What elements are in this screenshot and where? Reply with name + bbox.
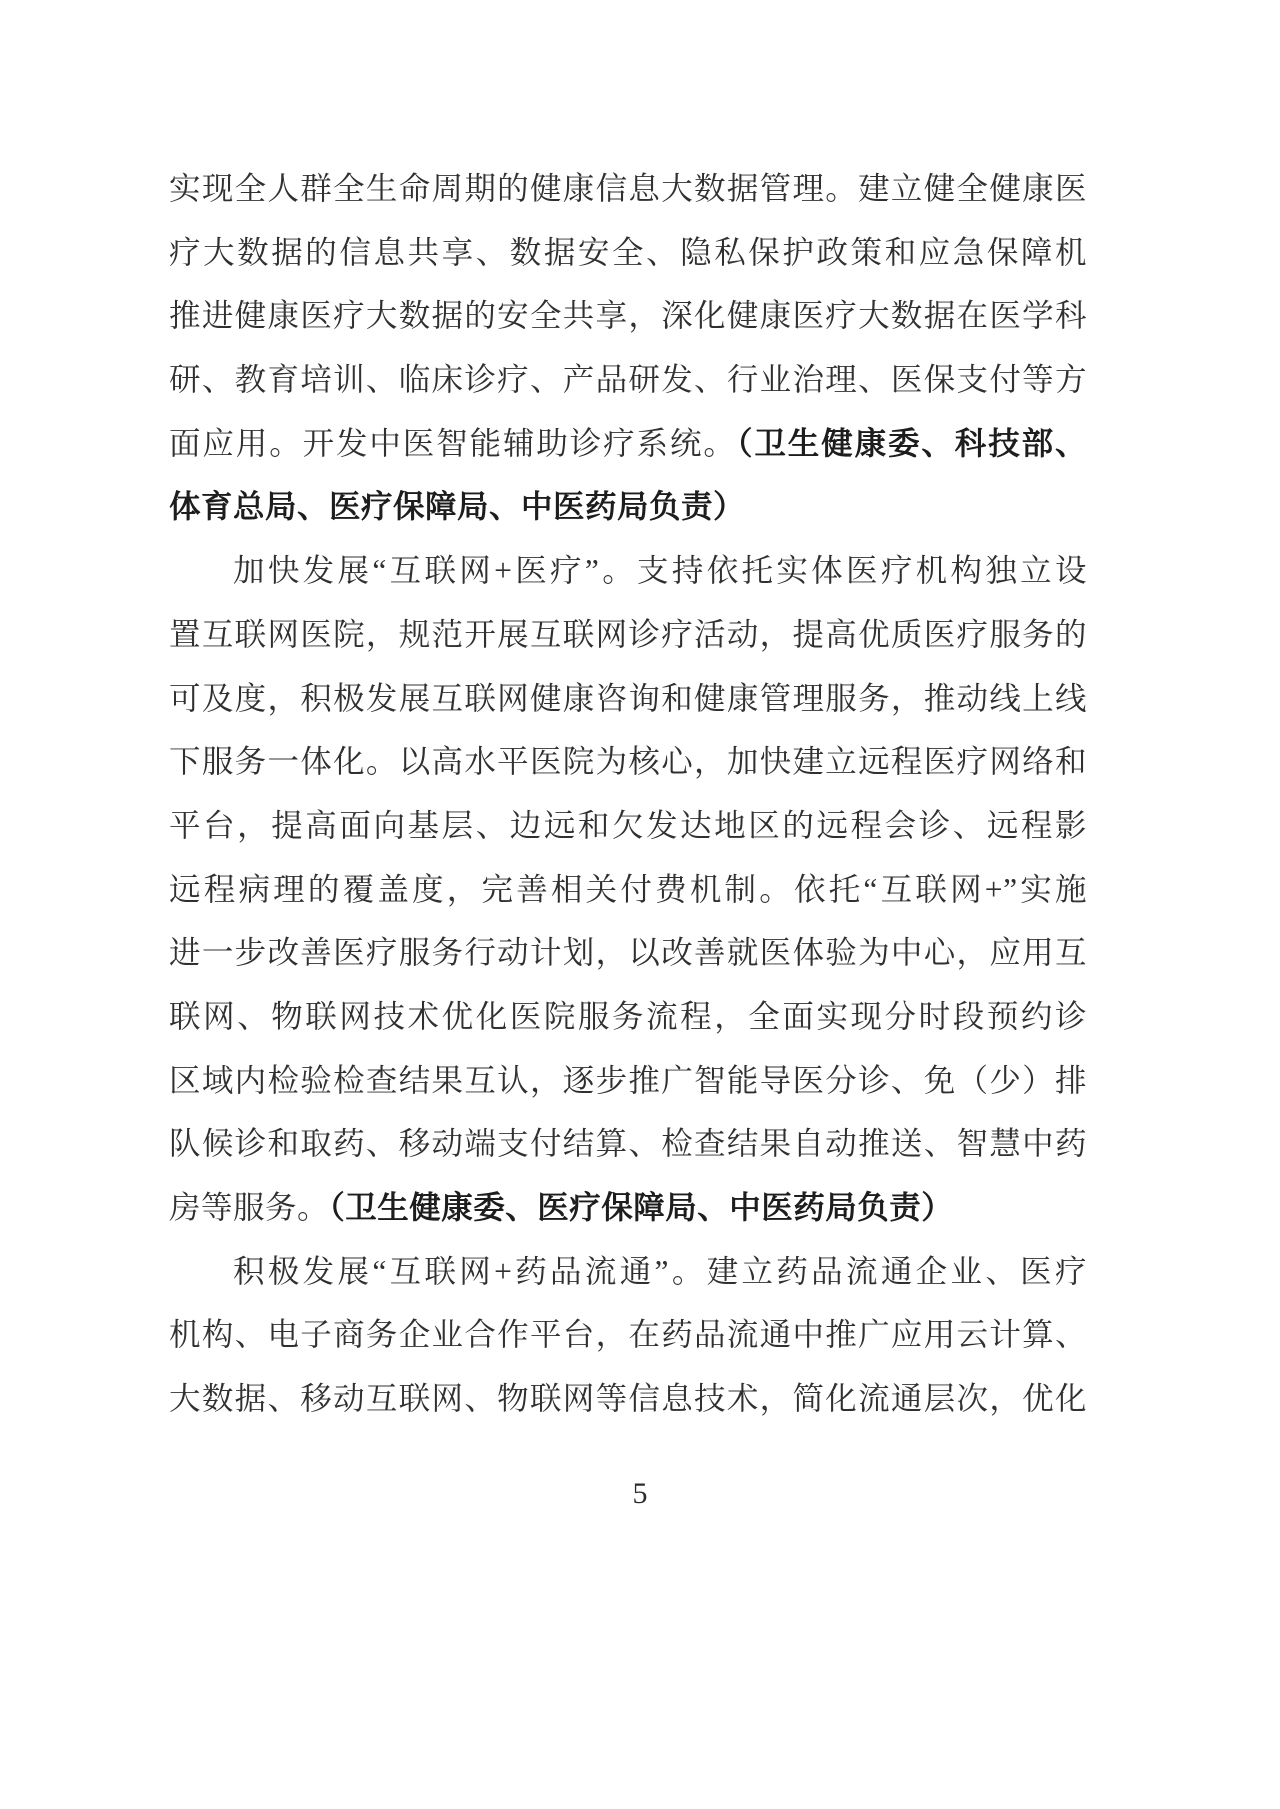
text-segment: 联网、物联网技术优化医院服务流程，全面实现分时段预约诊疗、	[169, 999, 1087, 1049]
text-segment: 疗大数据的信息共享、数据安全、隐私保护政策和应急保障机制。	[169, 235, 1087, 285]
text-segment: 置互联网医院，规范开展互联网诊疗活动，提高优质医疗服务的	[169, 617, 1087, 652]
text-segment: 平台，提高面向基层、边远和欠发达地区的远程会诊、远程影像、	[169, 808, 1087, 858]
text-line: 区域内检验检查结果互认，逐步推广智能导医分诊、免（少）排	[169, 1049, 1087, 1113]
text-line: 置互联网医院，规范开展互联网诊疗活动，提高优质医疗服务的	[169, 603, 1087, 667]
text-line: 大数据、移动互联网、物联网等信息技术，简化流通层次，优化	[169, 1367, 1087, 1431]
text-line: 可及度，积极发展互联网健康咨询和健康管理服务，推动线上线	[169, 667, 1087, 731]
text-segment: 区域内检验检查结果互认，逐步推广智能导医分诊、免（少）排	[169, 1063, 1087, 1098]
text-segment: 远程病理的覆盖度，完善相关付费机制。依托“互联网+”实施	[169, 872, 1087, 907]
text-segment: 加快发展“互联网+医疗”。支持依托实体医疗机构独立设	[233, 553, 1087, 588]
text-segment: 房等服务。	[169, 1190, 329, 1225]
text-line: 研、教育培训、临床诊疗、产品研发、行业治理、医保支付等方	[169, 348, 1087, 412]
text-segment: 积极发展“互联网+药品流通”。建立药品流通企业、医疗	[233, 1254, 1087, 1289]
text-segment: 研、教育培训、临床诊疗、产品研发、行业治理、医保支付等方	[169, 362, 1087, 397]
text-line: 房等服务。（卫生健康委、医疗保障局、中医药局负责）	[169, 1176, 1087, 1240]
text-segment: 下服务一体化。以高水平医院为核心，加快建立远程医疗网络和	[169, 744, 1087, 779]
text-line: 加快发展“互联网+医疗”。支持依托实体医疗机构独立设	[169, 539, 1087, 603]
text-segment: 队候诊和取药、移动端支付结算、检查结果自动推送、智慧中药	[169, 1126, 1087, 1161]
text-line: 机构、电子商务企业合作平台，在药品流通中推广应用云计算、	[169, 1303, 1087, 1367]
text-segment: 实现全人群全生命周期的健康信息大数据管理。建立健全健康医	[169, 171, 1087, 206]
bold-text-segment: （卫生健康委、医疗保障局、中医药局负责）	[329, 1189, 953, 1225]
text-line: 联网、物联网技术优化医院服务流程，全面实现分时段预约诊疗、	[169, 985, 1087, 1049]
text-line: 实现全人群全生命周期的健康信息大数据管理。建立健全健康医	[169, 157, 1087, 221]
text-line: 积极发展“互联网+药品流通”。建立药品流通企业、医疗	[169, 1240, 1087, 1304]
text-line: 推进健康医疗大数据的安全共享，深化健康医疗大数据在医学科	[169, 284, 1087, 348]
text-segment: 面应用。开发中医智能辅助诊疗系统。	[169, 426, 737, 461]
text-segment: 进一步改善医疗服务行动计划，以改善就医体验为中心，应用互	[169, 935, 1087, 970]
document-page: 实现全人群全生命周期的健康信息大数据管理。建立健全健康医疗大数据的信息共享、数据…	[0, 0, 1280, 1809]
page-number: 5	[0, 1474, 1280, 1514]
bold-text-segment: 体育总局、医疗保障局、中医药局负责）	[169, 488, 745, 524]
text-line: 面应用。开发中医智能辅助诊疗系统。（卫生健康委、科技部、	[169, 412, 1087, 476]
text-segment: 可及度，积极发展互联网健康咨询和健康管理服务，推动线上线	[169, 681, 1087, 716]
text-segment: 机构、电子商务企业合作平台，在药品流通中推广应用云计算、	[169, 1317, 1087, 1352]
text-line: 远程病理的覆盖度，完善相关付费机制。依托“互联网+”实施	[169, 858, 1087, 922]
text-segment: 推进健康医疗大数据的安全共享，深化健康医疗大数据在医学科	[169, 298, 1087, 333]
text-line: 体育总局、医疗保障局、中医药局负责）	[169, 475, 1087, 539]
text-line: 进一步改善医疗服务行动计划，以改善就医体验为中心，应用互	[169, 921, 1087, 985]
text-line: 下服务一体化。以高水平医院为核心，加快建立远程医疗网络和	[169, 730, 1087, 794]
text-segment: 大数据、移动互联网、物联网等信息技术，简化流通层次，优化	[169, 1381, 1087, 1416]
text-line: 疗大数据的信息共享、数据安全、隐私保护政策和应急保障机制。	[169, 221, 1087, 285]
bold-text-segment: （卫生健康委、科技部、	[737, 425, 1087, 461]
text-line: 队候诊和取药、移动端支付结算、检查结果自动推送、智慧中药	[169, 1112, 1087, 1176]
text-block: 实现全人群全生命周期的健康信息大数据管理。建立健全健康医疗大数据的信息共享、数据…	[169, 157, 1087, 1431]
text-line: 平台，提高面向基层、边远和欠发达地区的远程会诊、远程影像、	[169, 794, 1087, 858]
